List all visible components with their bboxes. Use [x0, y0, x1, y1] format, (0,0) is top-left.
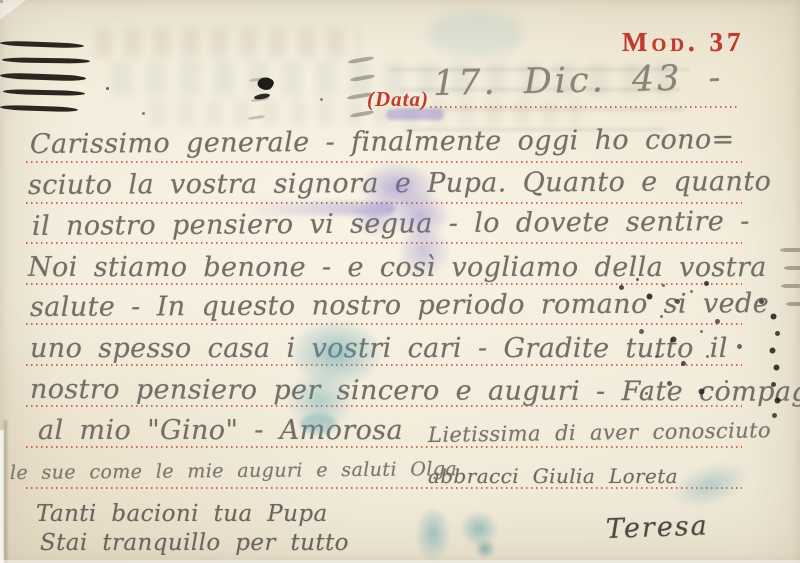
- handwritten-line: Carissimo generale - finalmente oggi ho …: [30, 124, 735, 160]
- watercolor-stain-icon: [452, 506, 512, 563]
- date-rule-dotted-line: [430, 106, 740, 108]
- rule-dotted-line: [26, 202, 742, 204]
- scan-edge: [0, 0, 26, 20]
- rule-dotted-line: [26, 283, 742, 285]
- form-model-label: Mod. 37: [622, 27, 744, 58]
- offset-ghost-text-icon: [95, 28, 360, 58]
- handwritten-postscript: Stai tranquillo per tutto: [40, 530, 349, 556]
- watercolor-stain-icon: [416, 510, 450, 562]
- ghost-cancellation-line-icon: [395, 108, 685, 111]
- date-field-label: (Data): [367, 87, 429, 112]
- handwritten-line: il nostro pensiero vi segua - lo dovete …: [32, 206, 750, 242]
- rule-dotted-line: [26, 161, 742, 163]
- rule-dotted-line: [26, 364, 742, 366]
- scan-edge: [4, 420, 7, 563]
- watercolor-stain-icon: [428, 12, 524, 56]
- handwritten-line: al mio "Gino" - Amorosa: [38, 415, 403, 446]
- handwritten-line: salute - In questo nostro periodo romano…: [30, 288, 769, 323]
- handwritten-signature: Teresa: [605, 510, 709, 545]
- rule-dotted-line: [26, 323, 742, 325]
- rule-dotted-line: [26, 242, 742, 244]
- handwritten-line: uno spesso casa i vostri cari - Gradite …: [30, 333, 728, 364]
- postcard-scan: Mod. 37 (Data) 17. Dic. 43 - Carissimo g…: [0, 0, 800, 563]
- rule-dotted-line: [26, 446, 742, 448]
- handwritten-line: nostro pensiero per sincero e auguri - F…: [30, 374, 800, 408]
- handwritten-date: 17. Dic. 43 -: [433, 58, 724, 104]
- watercolor-stain-icon: [666, 454, 754, 517]
- handwritten-line: Noi stiamo benone - e così vogliamo dell…: [28, 252, 767, 283]
- handwritten-postscript: Tanti bacioni tua Pupa: [36, 501, 328, 527]
- handwritten-margin-note: le sue come le mie auguri e saluti Olga: [10, 458, 457, 484]
- handwritten-margin-note: abbracci Giulia Loreta: [428, 464, 678, 488]
- handwritten-line: sciuto la vostra signora e Pupa. Quanto …: [28, 166, 771, 201]
- handwritten-note-second-hand: Lietissima di aver conosciuto: [428, 418, 771, 447]
